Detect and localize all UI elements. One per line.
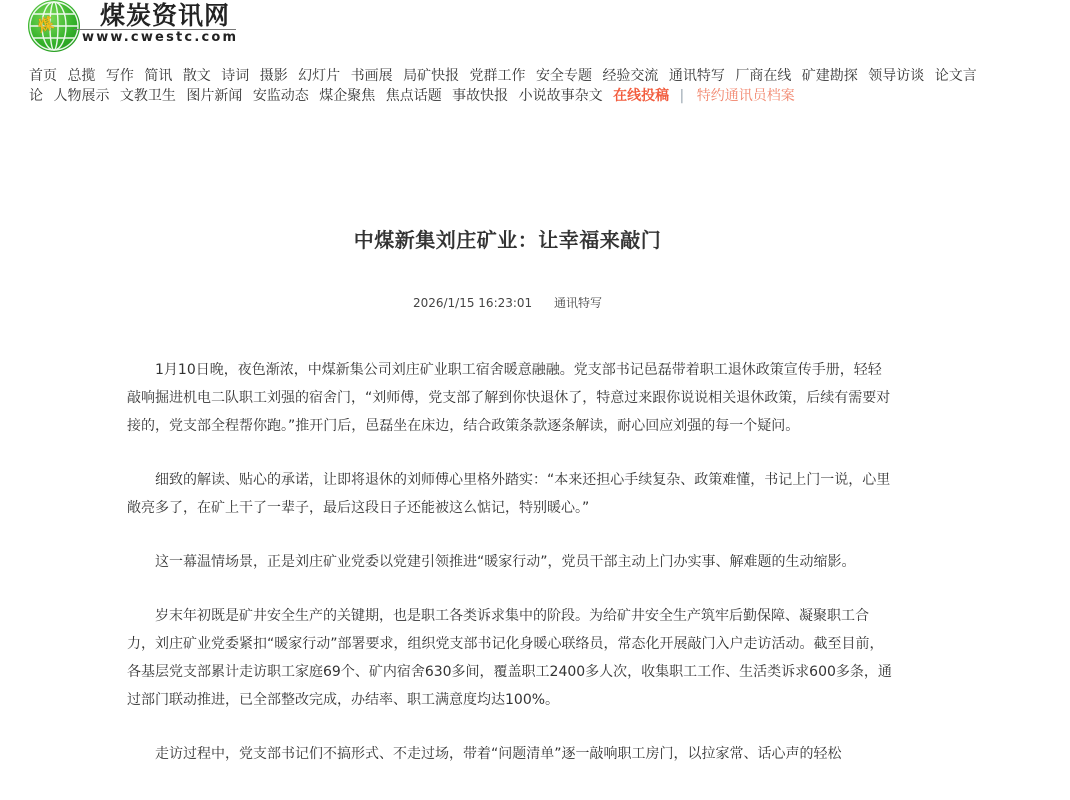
article-meta: 2026/1/15 16:23:01 通讯特写 xyxy=(0,294,1015,311)
article-category: 通讯特写 xyxy=(554,296,602,310)
site-url: www.cwestc.com xyxy=(82,30,238,45)
nav-item-party-work[interactable]: 党群工作 xyxy=(470,68,526,84)
nav-item-writing[interactable]: 写作 xyxy=(106,68,134,84)
nav-item-interviews[interactable]: 领导访谈 xyxy=(868,68,924,84)
nav-item-poetry[interactable]: 诗词 xyxy=(221,68,249,84)
nav-item-coal-enterprises[interactable]: 煤企聚焦 xyxy=(319,88,375,104)
article-paragraph: 岁末年初既是矿井安全生产的关键期，也是职工各类诉求集中的阶段。为给矿井安全生产筑… xyxy=(127,602,892,714)
nav-item-slideshow[interactable]: 幻灯片 xyxy=(298,68,340,84)
nav-item-culture-health[interactable]: 文教卫生 xyxy=(120,88,176,104)
globe-logo-icon[interactable]: 煤 xyxy=(28,0,80,52)
nav-item-vendors[interactable]: 厂商在线 xyxy=(735,68,791,84)
correspondent-archive-link[interactable]: 特约通讯员档案 xyxy=(697,88,795,104)
article-paragraph: 这一幕温情场景，正是刘庄矿业党委以党建引领推进“暖家行动”，党员干部主动上门办实… xyxy=(127,548,892,576)
nav-item-art-exhibit[interactable]: 书画展 xyxy=(351,68,393,84)
nav-item-accidents[interactable]: 事故快报 xyxy=(452,88,508,104)
nav-item-people[interactable]: 人物展示 xyxy=(53,88,109,104)
nav-item-mine-exploration[interactable]: 矿建勘探 xyxy=(802,68,858,84)
article-body: 1月10日晚，夜色渐浓，中煤新集公司刘庄矿业职工宿舍暖意融融。党支部书记邑磊带着… xyxy=(127,356,892,794)
nav-item-safety-supervision[interactable]: 安监动态 xyxy=(253,88,309,104)
nav-item-overview[interactable]: 总揽 xyxy=(67,68,95,84)
publish-date: 2026/1/15 16:23:01 xyxy=(413,296,532,310)
site-header: 煤 煤炭资讯网 www.cwestc.com xyxy=(28,0,248,58)
nav-item-fiction[interactable]: 小说故事杂文 xyxy=(519,88,603,104)
nav-item-experience[interactable]: 经验交流 xyxy=(602,68,658,84)
nav-item-home[interactable]: 首页 xyxy=(29,68,57,84)
nav-item-photography[interactable]: 摄影 xyxy=(260,68,288,84)
nav-separator: | xyxy=(680,88,685,104)
article-title: 中煤新集刘庄矿业：让幸福来敲门 xyxy=(0,224,1015,253)
nav-item-briefs[interactable]: 简讯 xyxy=(144,68,172,84)
article-paragraph: 1月10日晚，夜色渐浓，中煤新集公司刘庄矿业职工宿舍暖意融融。党支部书记邑磊带着… xyxy=(127,356,892,440)
nav-item-prose[interactable]: 散文 xyxy=(183,68,211,84)
nav-item-safety[interactable]: 安全专题 xyxy=(536,68,592,84)
nav-item-features[interactable]: 通讯特写 xyxy=(669,68,725,84)
site-name[interactable]: 煤炭资讯网 xyxy=(100,0,230,32)
article-paragraph: 细致的解读、贴心的承诺，让即将退休的刘师傅心里格外踏实：“本来还担心手续复杂、政… xyxy=(127,466,892,522)
nav-item-bureau-news[interactable]: 局矿快报 xyxy=(403,68,459,84)
nav-item-photo-news[interactable]: 图片新闻 xyxy=(186,88,242,104)
article-paragraph: 走访过程中，党支部书记们不搞形式、不走过场，带着“问题清单”逐一敲响职工房门，以… xyxy=(127,740,892,768)
online-submission-link[interactable]: 在线投稿 xyxy=(613,88,669,104)
nav-item-hot-topics[interactable]: 焦点话题 xyxy=(386,88,442,104)
main-nav: 首页 总揽 写作 简讯 散文 诗词 摄影 幻灯片 书画展 局矿快报 党群工作 安… xyxy=(29,66,994,106)
